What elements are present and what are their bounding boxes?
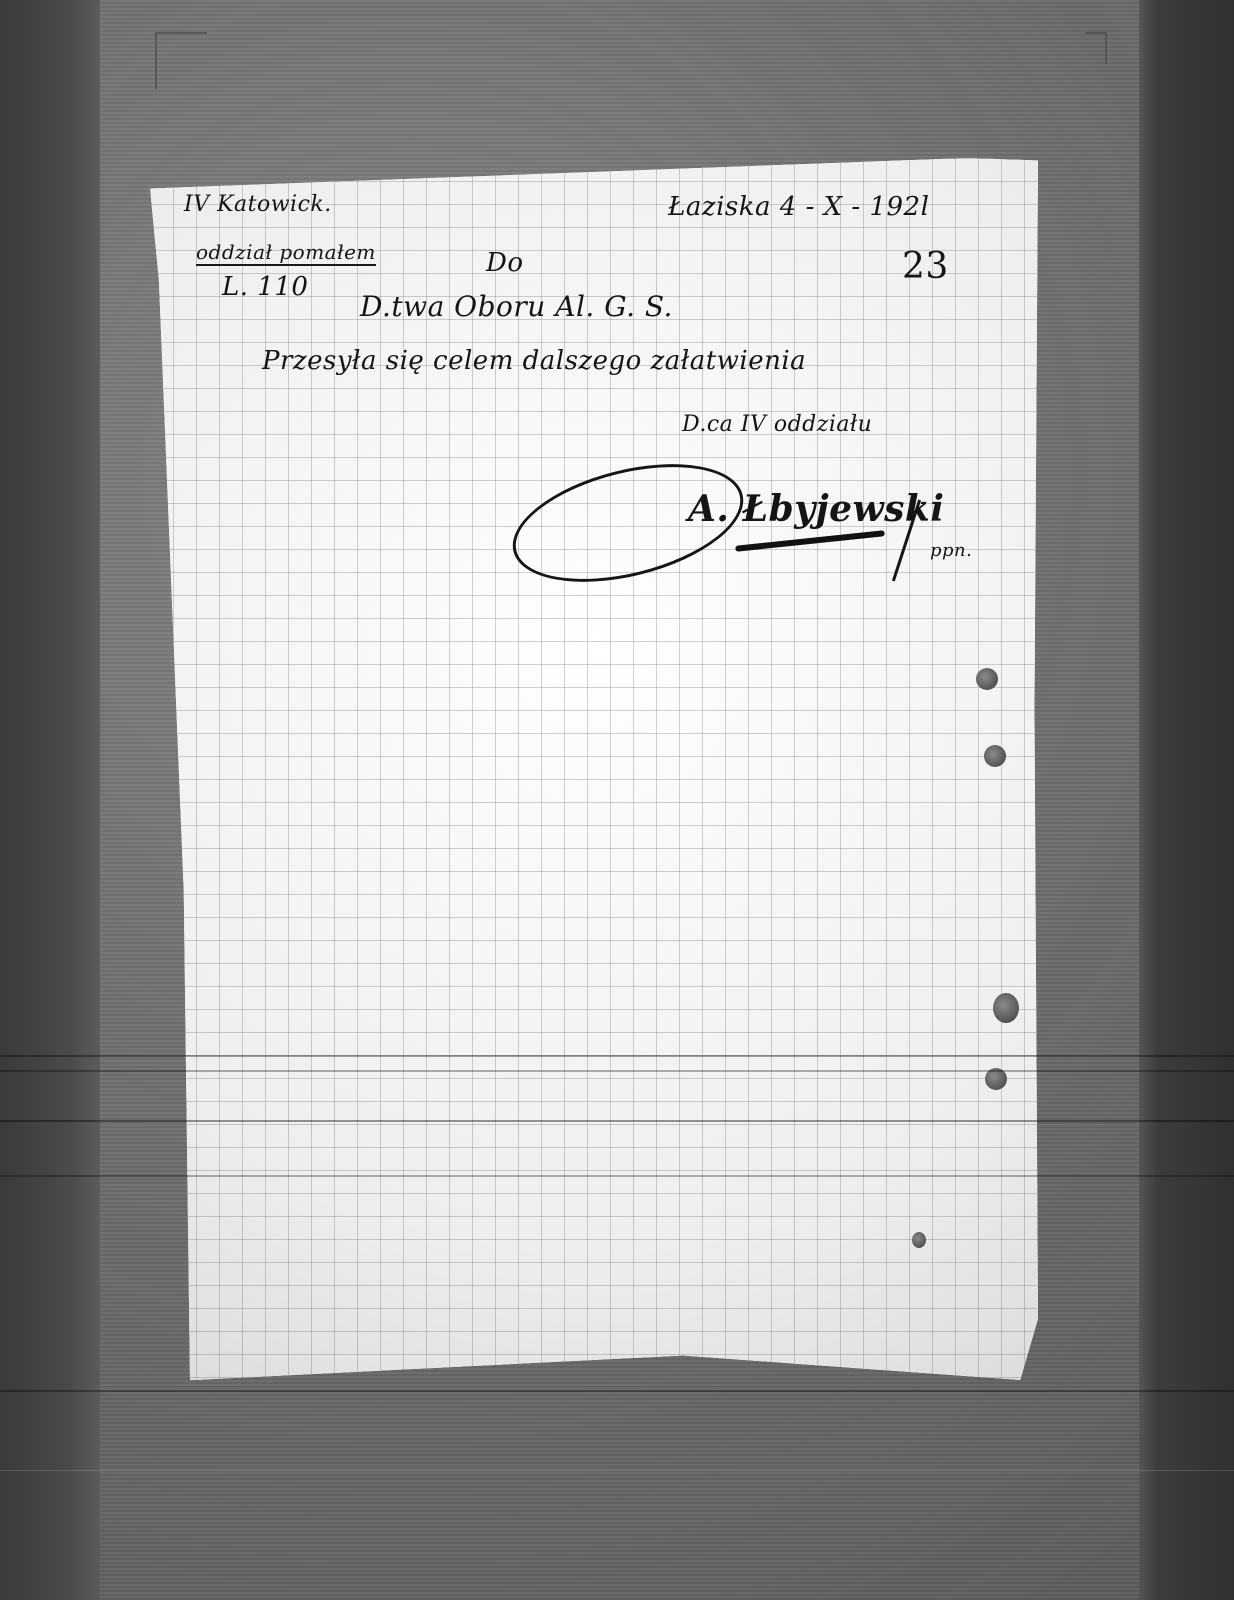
body-text: Przesyła się celem dalszego załatwienia [262,346,806,376]
signature: A. Łbyjewski [688,488,944,530]
addressee: D.twa Oboru Al. G. S. [360,290,673,323]
punch-hole-icon [985,1068,1007,1090]
unit-line-2: oddział pomałem [196,240,376,266]
addressee-prefix: Do [486,248,524,278]
unit-line-1: IV Katowick. [184,192,332,217]
reference-number: L. 110 [222,272,308,302]
scanner-left-edge [0,0,100,1600]
page-number: 23 [902,246,949,287]
ink-blot-icon [912,1232,926,1248]
document-page [150,158,1038,1380]
scanner-right-edge [1139,0,1234,1600]
corner-mark-top-left [155,32,207,89]
place-date: Łaziska 4 - X - 192l [668,192,929,222]
punch-hole-icon [984,745,1006,767]
signature-suffix: ppn. [930,540,972,561]
punch-hole-icon [993,993,1019,1023]
closing-title: D.ca IV oddziału [682,412,872,437]
punch-hole-icon [976,668,998,690]
corner-mark-top-right [1085,32,1107,64]
